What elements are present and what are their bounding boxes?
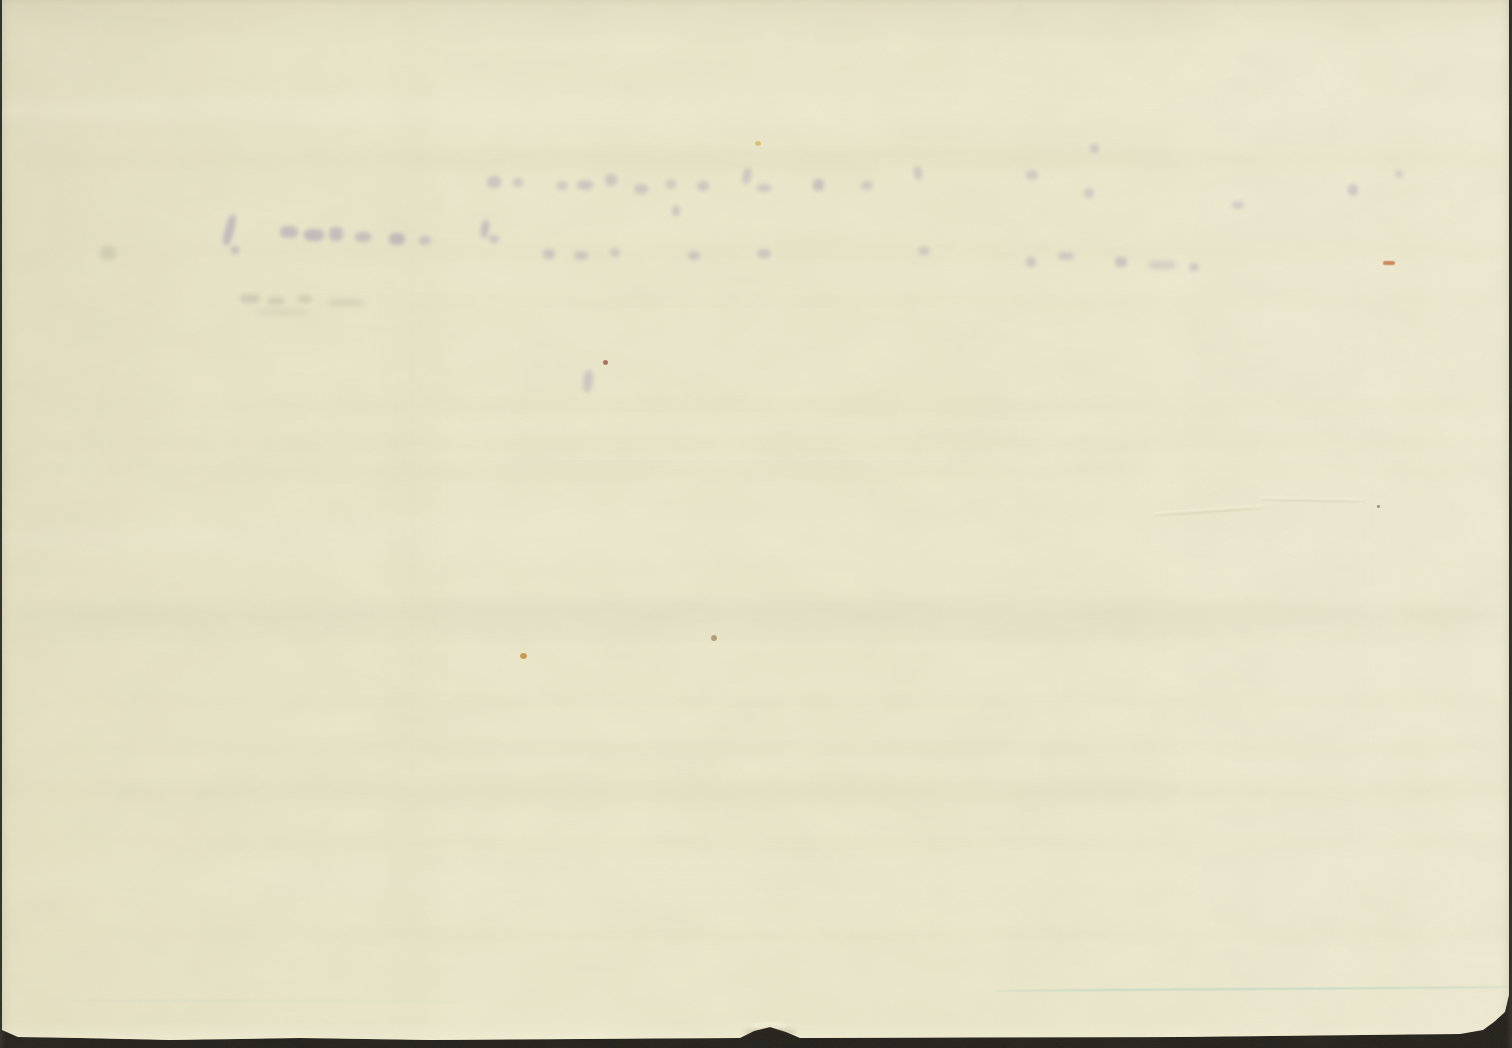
ink-bleed-smudge xyxy=(487,176,501,188)
ink-bleed-smudge xyxy=(634,184,648,194)
ink-bleed-smudge xyxy=(1026,170,1038,180)
ink-bleed-smudge xyxy=(861,181,873,190)
ink-bleed-smudge xyxy=(672,206,680,216)
ink-bleed-smudge xyxy=(1232,201,1244,209)
ink-bleed-smudge xyxy=(757,249,771,258)
ink-bleed-smudge xyxy=(419,236,431,245)
tone-band xyxy=(0,860,1512,900)
stain-dot xyxy=(603,360,608,365)
ink-bleed-smudge xyxy=(543,249,555,259)
ink-bleed-smudge xyxy=(666,179,676,189)
crease-line xyxy=(1260,499,1366,503)
ink-bleed-smudge xyxy=(688,251,700,260)
tone-band xyxy=(0,297,1512,307)
ink-bleed-smudge xyxy=(556,181,568,190)
gray-smudge xyxy=(268,297,284,305)
tone-band xyxy=(0,632,1512,640)
ink-bleed-smudge xyxy=(1348,184,1358,196)
fiber-line xyxy=(60,999,460,1002)
tone-band xyxy=(0,838,1512,847)
ink-bleed-smudge xyxy=(1148,261,1176,269)
vertical-band xyxy=(1150,0,1400,1048)
tone-band xyxy=(0,95,1512,125)
gray-smudge xyxy=(240,294,260,303)
ink-bleed-smudge xyxy=(813,179,824,191)
tone-band xyxy=(0,520,1512,560)
gray-smudge xyxy=(328,299,366,306)
ink-bleed-smudge xyxy=(1084,188,1094,198)
ink-bleed-smudge xyxy=(582,370,594,393)
tone-band xyxy=(0,600,1512,630)
ink-bleed-smudge xyxy=(304,229,324,241)
tone-band xyxy=(0,436,1512,450)
ink-bleed-smudge xyxy=(757,184,771,192)
ink-bleed-smudge xyxy=(574,251,588,260)
tone-band xyxy=(0,148,1512,170)
ink-bleed-smudge xyxy=(513,178,523,187)
ink-bleed-smudge xyxy=(329,227,343,241)
ink-bleed-smudge xyxy=(231,246,239,254)
marks-layer xyxy=(0,0,1512,1048)
ink-bleed-smudge xyxy=(221,213,237,246)
ink-bleed-smudge xyxy=(697,181,709,191)
tone-band xyxy=(0,742,1512,754)
gray-smudge xyxy=(298,295,312,303)
tone-band xyxy=(0,697,1512,706)
stain-dot xyxy=(1383,261,1395,265)
ink-bleed-smudge xyxy=(913,166,923,181)
tone-band xyxy=(0,400,1512,412)
tone-band xyxy=(0,930,1512,940)
ink-bleed-smudge xyxy=(389,233,405,245)
gray-smudge xyxy=(255,309,310,315)
ink-bleed-smudge xyxy=(1058,252,1074,260)
ink-bleed-smudge xyxy=(1090,144,1099,153)
scanned-page xyxy=(0,0,1512,1048)
crease-line xyxy=(1338,496,1396,503)
crease-line xyxy=(1152,504,1264,514)
ink-bleed-smudge xyxy=(355,232,371,242)
blank-card-paper xyxy=(0,0,1512,1048)
stain-dot xyxy=(520,653,527,659)
ink-bleed-smudge xyxy=(1189,263,1199,271)
ink-bleed-smudge xyxy=(918,247,930,255)
crease-line xyxy=(1154,507,1264,517)
ink-bleed-smudge xyxy=(742,167,753,184)
ink-bleed-smudge xyxy=(577,180,593,190)
ink-bleed-smudge xyxy=(1395,170,1403,178)
ink-bleed-smudge xyxy=(1115,257,1127,267)
fiber-line xyxy=(995,986,1512,992)
stain-dot xyxy=(1377,505,1380,508)
gray-smudge xyxy=(100,246,116,260)
stain-dot xyxy=(755,141,761,146)
ink-bleed-smudge xyxy=(489,235,499,243)
ink-bleed-smudge xyxy=(280,226,298,238)
tone-band xyxy=(0,466,1512,476)
ink-bleed-smudge xyxy=(480,220,490,239)
ink-bleed-smudge xyxy=(605,174,617,186)
ink-bleed-smudge xyxy=(1026,257,1036,267)
crease-line xyxy=(1258,496,1366,500)
stain-dot xyxy=(711,635,717,641)
tone-band xyxy=(0,243,1512,259)
tone-band xyxy=(0,781,1512,803)
vertical-band xyxy=(385,0,440,1048)
ink-bleed-smudge xyxy=(610,248,620,257)
